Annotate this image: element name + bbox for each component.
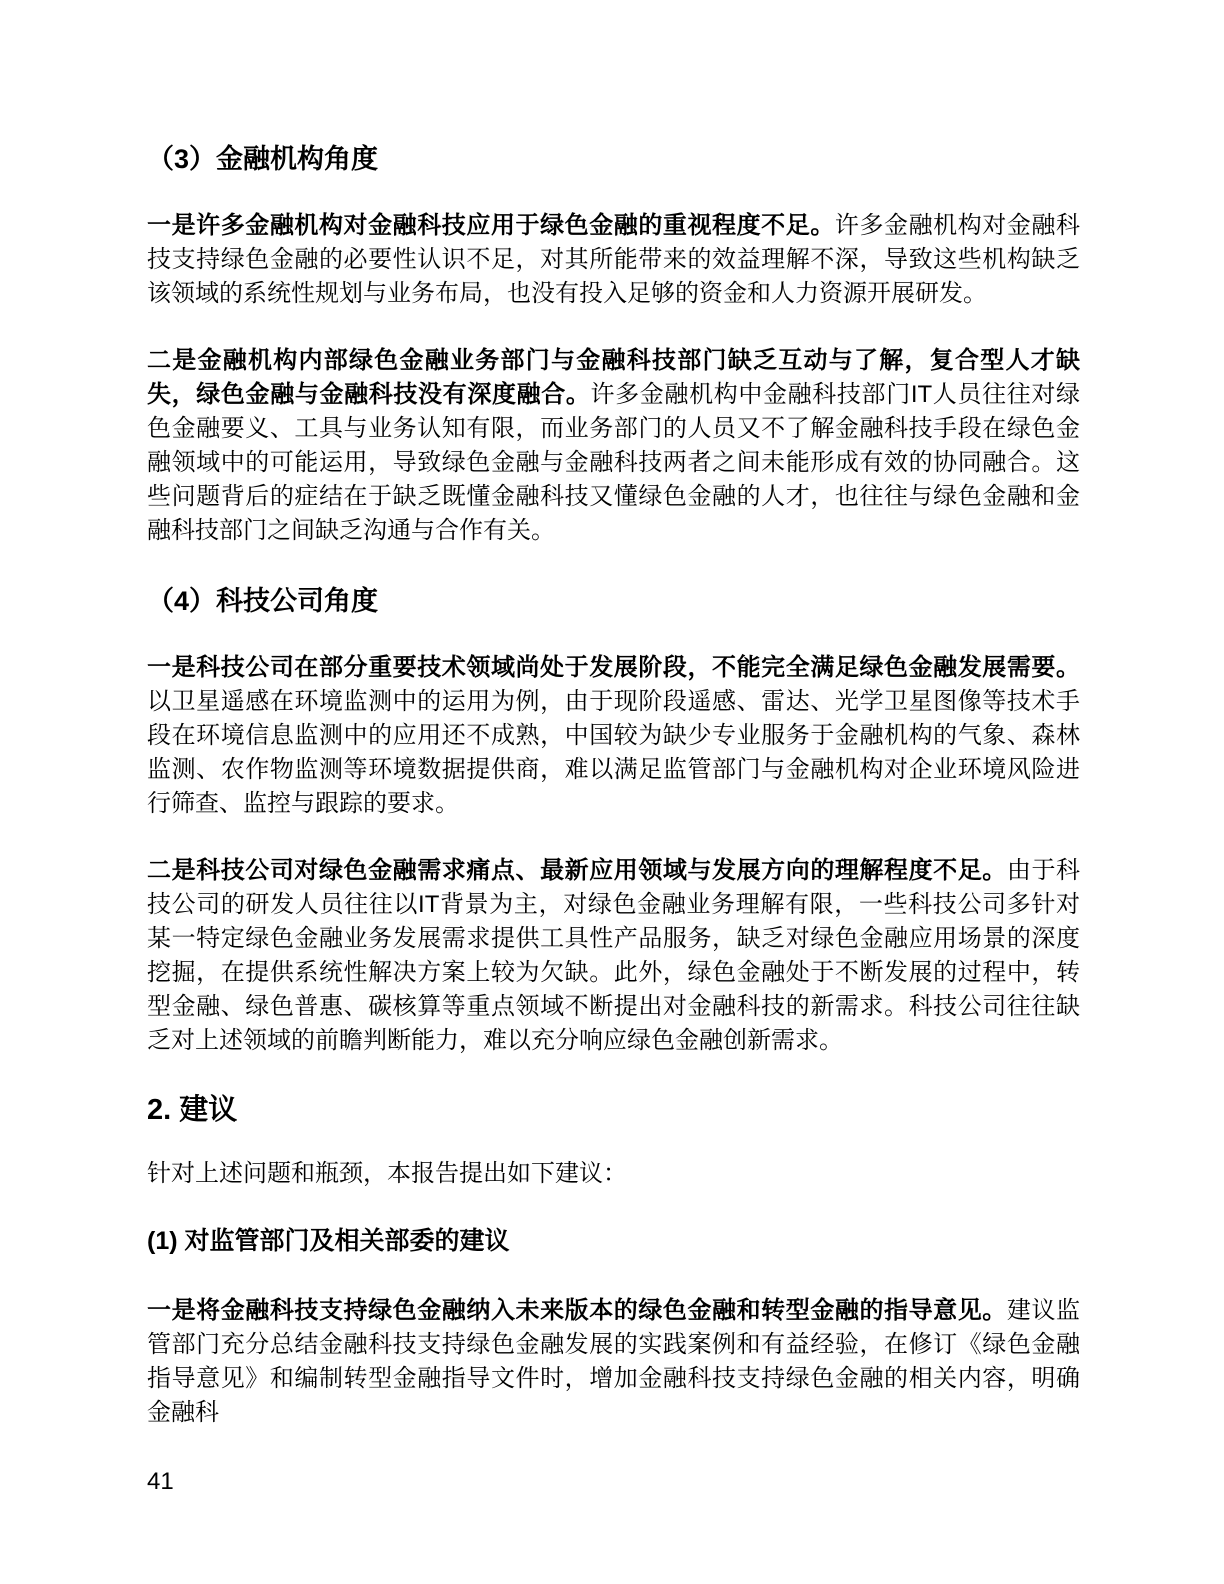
paragraph-intro: 针对上述问题和瓶颈，本报告提出如下建议： xyxy=(147,1157,1080,1191)
paragraph-intro-text: 针对上述问题和瓶颈，本报告提出如下建议： xyxy=(147,1160,627,1187)
paragraph-fi-1: 一是许多金融机构对金融科技应用于绿色金融的重视程度不足。许多金融机构对金融科技支… xyxy=(147,209,1080,311)
heading-suggestions: 2. 建议 xyxy=(147,1091,1080,1129)
paragraph-tc-2: 二是科技公司对绿色金融需求痛点、最新应用领域与发展方向的理解程度不足。由于科技公… xyxy=(147,854,1080,1058)
paragraph-tc-1-lead: 一是科技公司在部分重要技术领域尚处于发展阶段，不能完全满足绿色金融发展需要。 xyxy=(147,654,1080,681)
heading-tech-companies: （4）科技公司角度 xyxy=(147,583,1080,619)
paragraph-tc-2-text: 由于科技公司的研发人员往往以IT背景为主，对绿色金融业务理解有限，一些科技公司多… xyxy=(147,857,1080,1054)
paragraph-tc-1: 一是科技公司在部分重要技术领域尚处于发展阶段，不能完全满足绿色金融发展需要。以卫… xyxy=(147,651,1080,821)
page-number: 41 xyxy=(147,1468,174,1495)
paragraph-fi-2: 二是金融机构内部绿色金融业务部门与金融科技部门缺乏互动与了解，复合型人才缺失，绿… xyxy=(147,344,1080,548)
paragraph-tc-1-text: 以卫星遥感在环境监测中的运用为例，由于现阶段遥感、雷达、光学卫星图像等技术手段在… xyxy=(147,688,1080,817)
paragraph-fi-1-lead: 一是许多金融机构对金融科技应用于绿色金融的重视程度不足。 xyxy=(147,212,835,239)
paragraph-tc-2-lead: 二是科技公司对绿色金融需求痛点、最新应用领域与发展方向的理解程度不足。 xyxy=(147,857,1007,884)
document-page: （3）金融机构角度 一是许多金融机构对金融科技应用于绿色金融的重视程度不足。许多… xyxy=(0,0,1224,1584)
heading-financial-institutions: （3）金融机构角度 xyxy=(147,141,1080,177)
paragraph-reg-1: 一是将金融科技支持绿色金融纳入未来版本的绿色金融和转型金融的指导意见。建议监管部… xyxy=(147,1294,1080,1430)
heading-regulators: (1) 对监管部门及相关部委的建议 xyxy=(147,1224,1080,1258)
paragraph-reg-1-lead: 一是将金融科技支持绿色金融纳入未来版本的绿色金融和转型金融的指导意见。 xyxy=(147,1297,1007,1324)
page-footer: 41 xyxy=(147,1468,174,1496)
